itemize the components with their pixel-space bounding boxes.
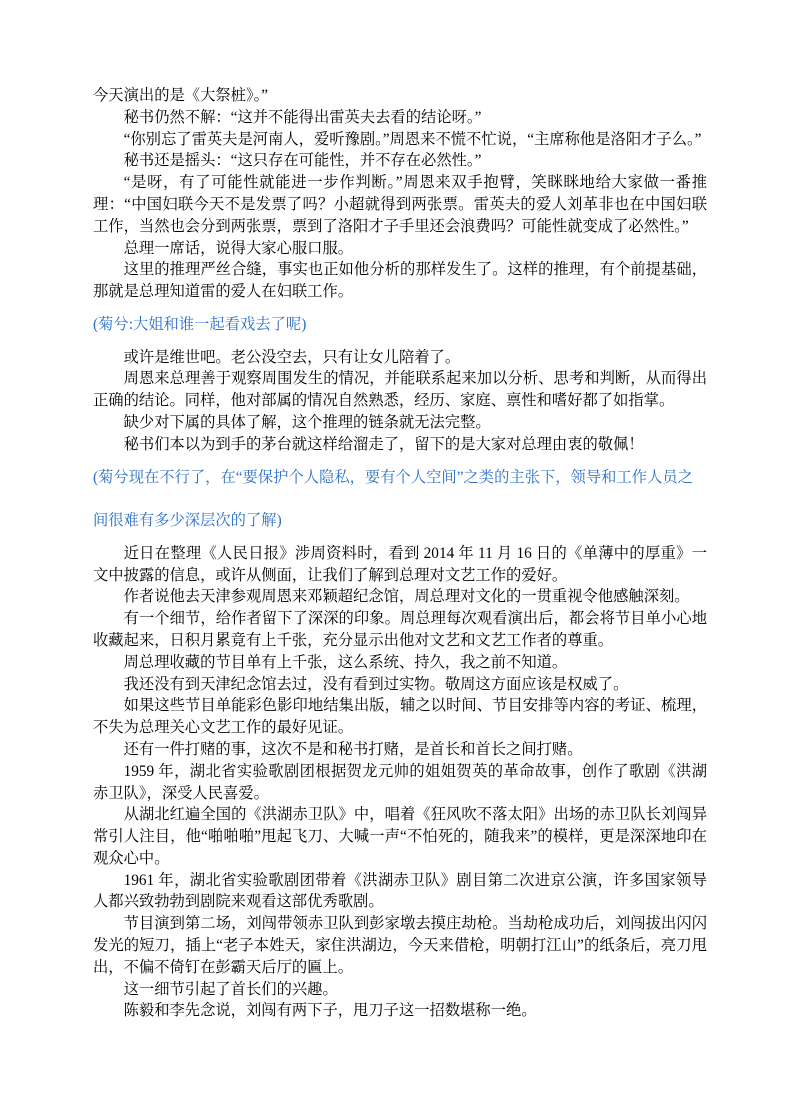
body-paragraph: 节目演到第二场，刘闯带领赤卫队到彭家墩去摸庄劫枪。当劫枪成功后，刘闯拔出闪闪发光… — [93, 913, 707, 978]
body-paragraph: 周恩来总理善于观察周围发生的情况，并能联系起来加以分析、思考和判断，从而得出正确… — [93, 368, 707, 412]
annotation-paragraph: (菊兮:大姐和谁一起看戏去了呢) — [93, 303, 707, 347]
body-paragraph: 还有一件打赌的事，这次不是和秘书打赌，是首长和首长之间打赌。 — [93, 739, 707, 761]
body-paragraph: 1959 年，湖北省实验歌剧团根据贺龙元帅的姐姐贺英的革命故事，创作了歌剧《洪湖… — [93, 761, 707, 805]
body-paragraph: 近日在整理《人民日报》涉周资料时，看到 2014 年 11 月 16 日的《单薄… — [93, 543, 707, 587]
body-paragraph: 缺少对下属的具体了解，这个推理的链条就无法完整。 — [93, 412, 707, 434]
body-paragraph: 秘书还是摇头：“这只存在可能性，并不存在必然性。” — [93, 150, 707, 172]
body-paragraph: 今天演出的是《大祭桩》。” — [93, 85, 707, 107]
body-paragraph: 总理一席话，说得大家心服口服。 — [93, 238, 707, 260]
body-paragraph: 如果这些节目单能彩色影印地结集出版，辅之以时间、节目安排等内容的考证、梳理，不失… — [93, 695, 707, 739]
body-paragraph: “是呀，有了可能性就能进一步作判断。”周恩来双手抱臂，笑眯眯地给大家做一番推理：… — [93, 172, 707, 237]
document-body: 今天演出的是《大祭桩》。”秘书仍然不解：“这并不能得出雷英夫去看的结论呀。”“你… — [93, 85, 707, 1022]
body-paragraph: 这里的推理严丝合缝，事实也正如他分析的那样发生了。这样的推理，有个前提基础，那就… — [93, 259, 707, 303]
body-paragraph: 秘书们本以为到手的茅台就这样给溜走了，留下的是大家对总理由衷的敬佩！ — [93, 434, 707, 456]
body-paragraph: 周总理收藏的节目单有上千张，这么系统、持久，我之前不知道。 — [93, 652, 707, 674]
body-paragraph: 我还没有到天津纪念馆去过，没有看到过实物。敬周这方面应该是权威了。 — [93, 674, 707, 696]
body-paragraph: 有一个细节，给作者留下了深深的印象。周总理每次观看演出后，都会将节目单小心地收藏… — [93, 608, 707, 652]
body-paragraph: 作者说他去天津参观周恩来邓颖超纪念馆，周总理对文化的一贯重视令他感触深刻。 — [93, 586, 707, 608]
body-paragraph: “你别忘了雷英夫是河南人，爱听豫剧。”周恩来不慌不忙说，“主席称他是洛阳才子么。… — [93, 129, 707, 151]
body-paragraph: 陈毅和李先念说，刘闯有两下子，甩刀子这一招数堪称一绝。 — [93, 1000, 707, 1022]
body-paragraph: 秘书仍然不解：“这并不能得出雷英夫去看的结论呀。” — [93, 107, 707, 129]
document-page: 今天演出的是《大祭桩》。”秘书仍然不解：“这并不能得出雷英夫去看的结论呀。”“你… — [0, 0, 800, 1100]
annotation-paragraph: (菊兮现在不行了，在“要保护个人隐私，要有个人空间”之类的主张下，领导和工作人员… — [93, 456, 707, 543]
body-paragraph: 1961 年，湖北省实验歌剧团带着《洪湖赤卫队》剧目第二次进京公演，许多国家领导… — [93, 870, 707, 914]
body-paragraph: 从湖北红遍全国的《洪湖赤卫队》中，唱着《狂风吹不落太阳》出场的赤卫队长刘闯异常引… — [93, 804, 707, 869]
body-paragraph: 或许是维世吧。老公没空去，只有让女儿陪着了。 — [93, 347, 707, 369]
body-paragraph: 这一细节引起了首长们的兴趣。 — [93, 979, 707, 1001]
